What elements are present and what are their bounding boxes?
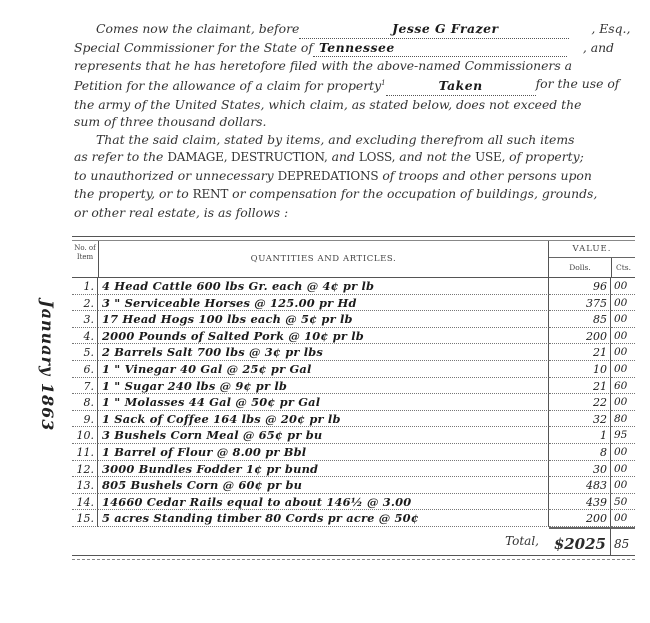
intro-text: or compensation for the occupation of bu… (232, 186, 597, 201)
item-cts: 00 (611, 477, 635, 494)
table-row: 7.1 " Sugar 240 lbs @ 9¢ pr lb2160 (72, 378, 635, 395)
table-row: 2.3 " Serviceable Horses @ 125.00 pr Hd3… (72, 295, 635, 312)
item-number: 4. (72, 328, 98, 345)
item-number: 14. (72, 494, 98, 511)
table-row: 1.4 Head Cattle 600 lbs Gr. each @ 4¢ pr… (72, 278, 635, 295)
item-cts: 60 (611, 378, 635, 395)
intro-text: and not the (399, 149, 471, 164)
item-cts: 00 (611, 328, 635, 345)
item-dolls: 8 (549, 444, 611, 461)
table-row: 10.3 Bushels Corn Meal @ 65¢ pr bu195 (72, 427, 635, 444)
item-number: 3. (72, 311, 98, 328)
item-article: 14660 Cedar Rails equal to about 146½ @ … (98, 494, 549, 511)
item-article: 2 Barrels Salt 700 lbs @ 3¢ pr lbs (98, 344, 549, 361)
item-dolls: 30 (549, 461, 611, 478)
header-value-label: VALUE. (549, 241, 635, 258)
item-cts: 80 (611, 411, 635, 428)
table-row: 15.5 acres Standing timber 80 Cords pr a… (72, 510, 635, 527)
table-body: 1.4 Head Cattle 600 lbs Gr. each @ 4¢ pr… (72, 278, 635, 527)
table-row: 3.17 Head Hogs 100 lbs each @ 5¢ pr lb85… (72, 311, 635, 328)
intro-line-4: Petition for the allowance of a claim fo… (74, 75, 614, 96)
item-dolls: 85 (549, 311, 611, 328)
intro-text: and (332, 149, 355, 164)
item-cts: 00 (611, 311, 635, 328)
item-dolls: 375 (549, 295, 611, 312)
item-dolls: 200 (549, 328, 611, 345)
item-dolls: 21 (549, 344, 611, 361)
item-number: 8. (72, 394, 98, 411)
item-dolls: 10 (549, 361, 611, 378)
caps-term: DEPREDATIONS (278, 169, 379, 183)
table-header: No. of Item QUANTITIES AND ARTICLES. VAL… (72, 241, 635, 278)
table-row: 6.1 " Vinegar 40 Gal @ 25¢ pr Gal1000 (72, 361, 635, 378)
item-article: 5 acres Standing timber 80 Cords pr acre… (98, 510, 549, 527)
intro-text: Special Commissioner for the State of (74, 40, 313, 55)
header-value-sub: Dolls. Cts. (549, 258, 635, 277)
item-article: 3 " Serviceable Horses @ 125.00 pr Hd (98, 295, 549, 312)
item-dolls: 439 (549, 494, 611, 511)
intro-text: of troops and other persons upon (382, 168, 592, 183)
item-cts: 50 (611, 494, 635, 511)
item-number: 7. (72, 378, 98, 395)
item-article: 3 Bushels Corn Meal @ 65¢ pr bu (98, 427, 549, 444)
item-dolls: 22 (549, 394, 611, 411)
table-row: 11.1 Barrel of Flour @ 8.00 pr Bbl800 (72, 444, 635, 461)
item-article: 805 Bushels Corn @ 60¢ pr bu (98, 477, 549, 494)
item-dolls: 32 (549, 411, 611, 428)
para2-line-5: or other real estate, is as follows : (74, 204, 614, 222)
table-row: 4.2000 Pounds of Salted Pork @ 10¢ pr lb… (72, 328, 635, 345)
item-article: 1 " Molasses 44 Gal @ 50¢ pr Gal (98, 394, 549, 411)
item-number: 6. (72, 361, 98, 378)
table-row: 9.1 Sack of Coffee 164 lbs @ 20¢ pr lb32… (72, 411, 635, 428)
item-dolls: 21 (549, 378, 611, 395)
item-number: 10. (72, 427, 98, 444)
item-number: 9. (72, 411, 98, 428)
caps-term: DAMAGE, DESTRUCTION, (167, 150, 327, 164)
item-dolls: 483 (549, 477, 611, 494)
para2-line-4: the property, or to RENT or compensation… (74, 185, 614, 204)
item-cts: 00 (611, 295, 635, 312)
item-article: 3000 Bundles Fodder 1¢ pr bund (98, 461, 549, 478)
total-row: Total, $2025 85 (72, 527, 635, 555)
total-label: Total, (72, 534, 549, 548)
intro-line-6: sum of three thousand dollars. (74, 113, 614, 131)
intro-line-2: Special Commissioner for the State ofTen… (74, 39, 614, 58)
intro-text: Comes now the claimant, before (96, 21, 299, 36)
intro-line-1: Comes now the claimant, beforeJesse G Fr… (74, 20, 614, 39)
intro-text: , Esq., (569, 20, 630, 39)
item-number: 13. (72, 477, 98, 494)
para2-line-2: as refer to the DAMAGE, DESTRUCTION, and… (74, 148, 614, 167)
caps-term: USE, (475, 150, 505, 164)
item-cts: 00 (611, 394, 635, 411)
intro-text: the property, or to (74, 186, 189, 201)
item-dolls: 96 (549, 278, 611, 295)
margin-date-note: January 1863 (38, 300, 57, 431)
total-dolls: $2025 (549, 527, 611, 555)
table-row: 12.3000 Bundles Fodder 1¢ pr bund3000 (72, 461, 635, 478)
header-dolls: Dolls. (549, 258, 612, 277)
table-row: 5.2 Barrels Salt 700 lbs @ 3¢ pr lbs2100 (72, 344, 635, 361)
header-articles: QUANTITIES AND ARTICLES. (99, 241, 549, 277)
claims-ledger-table: No. of Item QUANTITIES AND ARTICLES. VAL… (72, 236, 635, 560)
item-number: 1. (72, 278, 98, 295)
item-article: 2000 Pounds of Salted Pork @ 10¢ pr lb (98, 328, 549, 345)
item-number: 2. (72, 295, 98, 312)
table-row: 14.14660 Cedar Rails equal to about 146½… (72, 494, 635, 511)
para2-line-3: to unauthorized or unnecessary DEPREDATI… (74, 167, 614, 186)
item-article: 17 Head Hogs 100 lbs each @ 5¢ pr lb (98, 311, 549, 328)
property-status: Taken (386, 77, 536, 96)
caps-term: LOSS, (359, 150, 395, 164)
state-name: Tennessee (313, 39, 567, 58)
item-article: 4 Head Cattle 600 lbs Gr. each @ 4¢ pr l… (98, 278, 549, 295)
item-number: 15. (72, 510, 98, 527)
header-cts: Cts. (612, 258, 635, 277)
total-cts: 85 (611, 527, 635, 555)
intro-text: for the use of (536, 75, 620, 96)
item-cts: 00 (611, 344, 635, 361)
item-article: 1 Barrel of Flour @ 8.00 pr Bbl (98, 444, 549, 461)
item-cts: 00 (611, 278, 635, 295)
intro-text: to unauthorized or unnecessary (74, 168, 274, 183)
intro-text: as refer to the (74, 149, 163, 164)
item-cts: 00 (611, 444, 635, 461)
item-dolls: 1 (549, 427, 611, 444)
item-number: 12. (72, 461, 98, 478)
table-row: 13.805 Bushels Corn @ 60¢ pr bu48300 (72, 477, 635, 494)
caps-term: RENT (193, 187, 229, 201)
item-article: 1 " Sugar 240 lbs @ 9¢ pr lb (98, 378, 549, 395)
item-dolls: 200 (549, 510, 611, 527)
item-cts: 00 (611, 361, 635, 378)
item-cts: 00 (611, 461, 635, 478)
header-item-no: No. of Item (72, 241, 99, 277)
item-cts: 95 (611, 427, 635, 444)
intro-text: of property; (509, 149, 584, 164)
claim-intro: Comes now the claimant, beforeJesse G Fr… (74, 20, 614, 222)
item-number: 5. (72, 344, 98, 361)
header-value: VALUE. Dolls. Cts. (549, 241, 635, 277)
intro-line-3: represents that he has heretofore filed … (74, 57, 614, 75)
item-article: 1 " Vinegar 40 Gal @ 25¢ pr Gal (98, 361, 549, 378)
item-article: 1 Sack of Coffee 164 lbs @ 20¢ pr lb (98, 411, 549, 428)
table-row: 8.1 " Molasses 44 Gal @ 50¢ pr Gal2200 (72, 394, 635, 411)
table-bottom-rule (72, 555, 635, 560)
para2-line-1: That the said claim, stated by items, an… (74, 131, 614, 149)
intro-line-5: the army of the United States, which cla… (74, 96, 614, 114)
item-number: 11. (72, 444, 98, 461)
intro-text: , and (583, 39, 614, 58)
item-cts: 00 (611, 510, 635, 527)
intro-text: Petition for the allowance of a claim fo… (74, 78, 381, 93)
commissioner-name: Jesse G Frazer (299, 20, 569, 39)
